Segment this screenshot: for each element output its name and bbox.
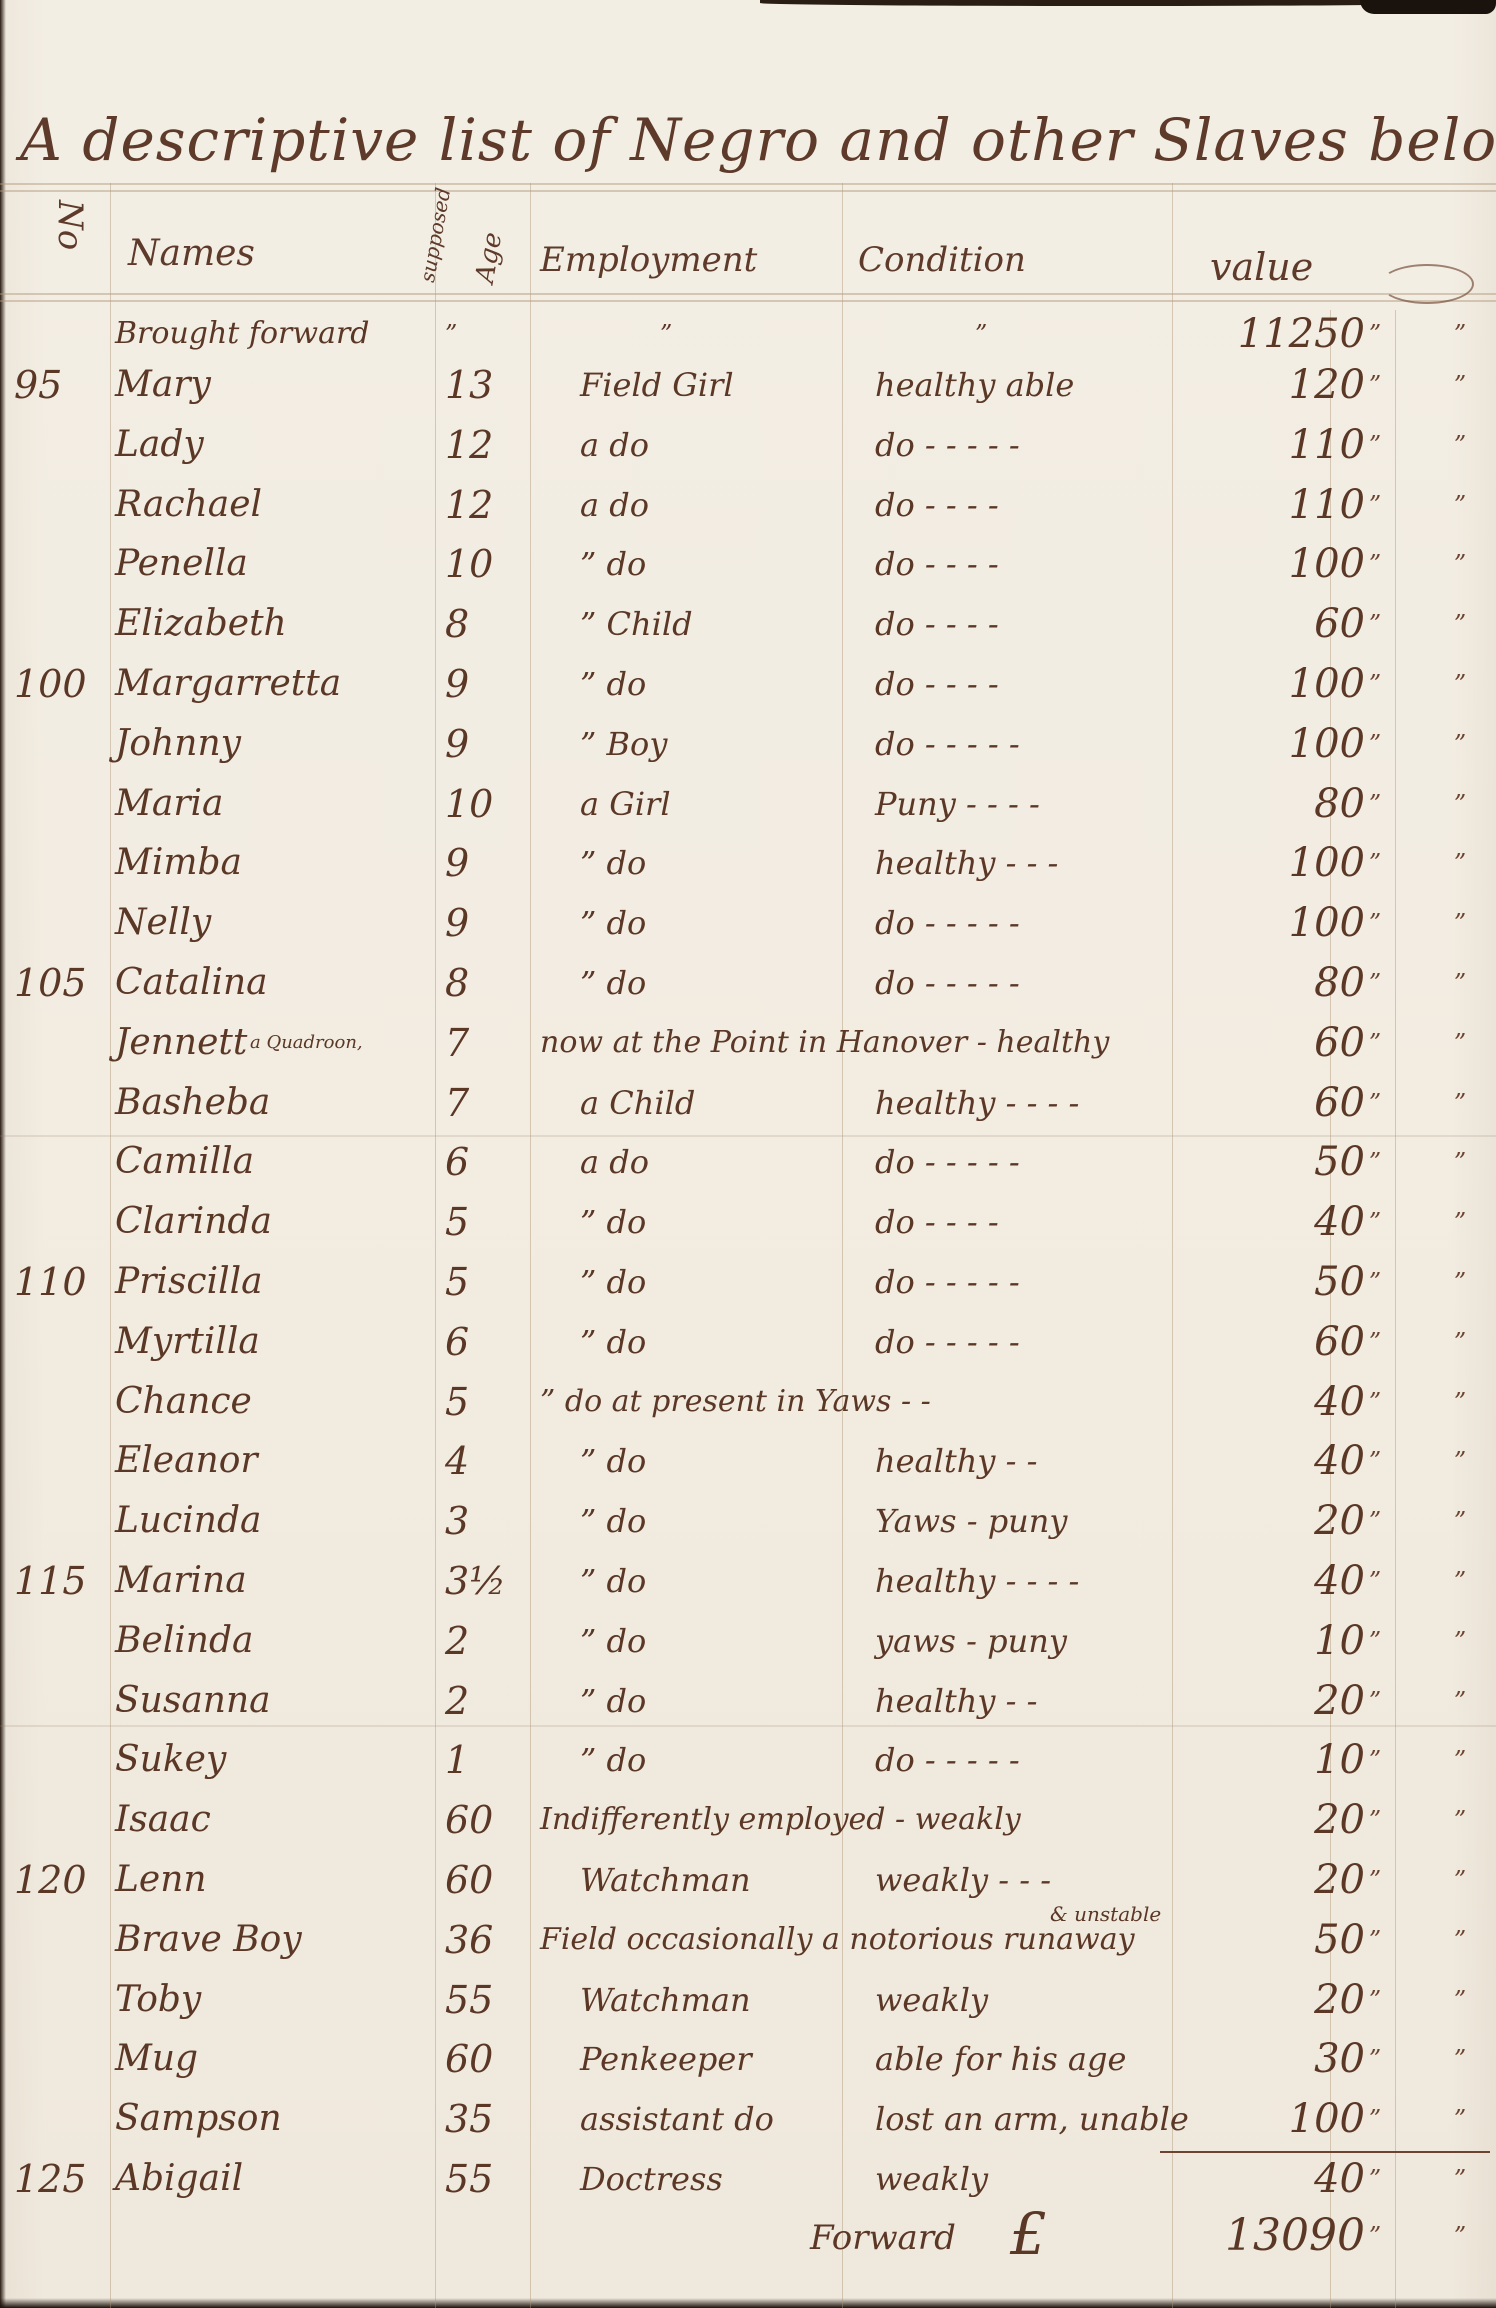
value-shillings: ” — [1355, 1552, 1395, 1610]
slave-name: Sampson — [115, 2090, 445, 2148]
age: 36 — [445, 1911, 535, 1969]
age: 55 — [445, 1971, 535, 2029]
value-pence: ” — [1440, 595, 1480, 653]
row-number: 120 — [14, 1851, 104, 1909]
condition: do - - - - — [855, 595, 1215, 653]
name-note: a Quadroon, — [250, 1014, 363, 1072]
header-rule-bottom — [0, 293, 1496, 295]
page-edge-bottom — [0, 2298, 1496, 2308]
condition: healthy - - - — [855, 834, 1215, 892]
value-pounds: 50 — [1190, 1133, 1365, 1191]
age: 12 — [445, 416, 535, 474]
slave-name: Mimba — [115, 834, 445, 892]
value-pence: ” — [1440, 1193, 1480, 1251]
ledger-row: 110Priscilla5” dodo - - - - -50”” — [0, 1253, 1496, 1311]
value-pounds: 40 — [1190, 1193, 1365, 1251]
value-pence: ” — [1440, 356, 1480, 414]
age: 3 — [445, 1492, 535, 1550]
brought-forward-value: 11250 — [1190, 305, 1365, 363]
page-edge-top-right — [1360, 0, 1496, 14]
value-pence: ” — [1440, 1253, 1480, 1311]
ledger-row: Myrtilla6” dodo - - - - -60”” — [0, 1313, 1496, 1371]
ledger-row: 95Mary13Field Girlhealthy able120”” — [0, 356, 1496, 414]
brought-forward-label: Brought forward — [115, 305, 445, 363]
value-shillings: ” — [1355, 1971, 1395, 2029]
slave-name: Mary — [115, 356, 445, 414]
age: 9 — [445, 655, 535, 713]
value-shillings: ” — [1355, 834, 1395, 892]
header-rule-bottom-double — [0, 300, 1496, 302]
ledger-row: 115Marina3½” dohealthy - - - -40”” — [0, 1552, 1496, 1610]
age: 60 — [445, 1851, 535, 1909]
ledger-row: Rachael12a dodo - - - -110”” — [0, 476, 1496, 534]
value-shillings: ” — [1355, 2030, 1395, 2088]
value-shillings: ” — [1355, 775, 1395, 833]
ledger-row: Mug60Penkeeperable for his age30”” — [0, 2030, 1496, 2088]
age: 8 — [445, 954, 535, 1012]
slave-name: Catalina — [115, 954, 445, 1012]
slave-name: Abigail — [115, 2150, 445, 2208]
ledger-row: Maria10a GirlPuny - - - -80”” — [0, 775, 1496, 833]
age: 2 — [445, 1612, 535, 1670]
slave-name: Sukey — [115, 1731, 445, 1789]
value-shillings: ” — [1355, 2090, 1395, 2148]
brought-forward-shillings: ” — [1355, 305, 1395, 363]
value-pounds: 100 — [1190, 2090, 1365, 2148]
value-shillings: ” — [1355, 595, 1395, 653]
value-pounds: 60 — [1190, 1074, 1365, 1132]
condition: do - - - - - — [855, 1253, 1215, 1311]
age: 1 — [445, 1731, 535, 1789]
row-number: 100 — [14, 655, 104, 713]
document-title: A descriptive list of Negro and other Sl… — [20, 106, 1496, 174]
value-shillings: ” — [1355, 655, 1395, 713]
slave-name: Marina — [115, 1552, 445, 1610]
condition: healthy - - - - — [855, 1552, 1215, 1610]
slave-name: Isaac — [115, 1791, 445, 1849]
slave-name: Susanna — [115, 1672, 445, 1730]
slave-name: Lenn — [115, 1851, 445, 1909]
value-pounds: 120 — [1190, 356, 1365, 414]
value-pounds: 40 — [1190, 1432, 1365, 1490]
value-shillings: ” — [1355, 476, 1395, 534]
age: 60 — [445, 2030, 535, 2088]
forward-shillings: ” — [1355, 2222, 1395, 2250]
value-pounds: 80 — [1190, 775, 1365, 833]
condition: Puny - - - - — [855, 775, 1215, 833]
condition: do - - - - — [855, 655, 1215, 713]
slave-name: Myrtilla — [115, 1313, 445, 1371]
value-pence: ” — [1440, 1791, 1480, 1849]
ledger-row: Basheba7a Childhealthy - - - -60”” — [0, 1074, 1496, 1132]
age: 7 — [445, 1074, 535, 1132]
age: 4 — [445, 1432, 535, 1490]
condition: do - - - - - — [855, 416, 1215, 474]
ledger-row: Camilla6a dodo - - - - -50”” — [0, 1133, 1496, 1191]
slave-name: Belinda — [115, 1612, 445, 1670]
row-number: 115 — [14, 1552, 104, 1610]
value-pounds: 50 — [1190, 1253, 1365, 1311]
value-pence: ” — [1440, 416, 1480, 474]
value-pence: ” — [1440, 954, 1480, 1012]
condition: do - - - - — [855, 476, 1215, 534]
condition: healthy - - — [855, 1672, 1215, 1730]
value-pence: ” — [1440, 834, 1480, 892]
value-pounds: 20 — [1190, 1971, 1365, 2029]
ledger-row: Susanna2” dohealthy - -20”” — [0, 1672, 1496, 1730]
condition: healthy - - - - — [855, 1074, 1215, 1132]
slave-name: Johnny — [115, 715, 445, 773]
age: 9 — [445, 715, 535, 773]
value-pence: ” — [1440, 655, 1480, 713]
slave-name: Rachael — [115, 476, 445, 534]
row-number: 95 — [14, 356, 104, 414]
value-shillings: ” — [1355, 1373, 1395, 1431]
row-number: 105 — [14, 954, 104, 1012]
value-pence: ” — [1440, 1492, 1480, 1550]
condition: do - - - - - — [855, 715, 1215, 773]
value-shillings: ” — [1355, 1492, 1395, 1550]
value-pence: ” — [1440, 476, 1480, 534]
value-shillings: ” — [1355, 535, 1395, 593]
condition: able for his age — [855, 2030, 1215, 2088]
value-pounds: 100 — [1190, 834, 1365, 892]
value-pounds: 100 — [1190, 655, 1365, 713]
slave-name: Toby — [115, 1971, 445, 2029]
value-pounds: 100 — [1190, 535, 1365, 593]
value-pence: ” — [1440, 2150, 1480, 2208]
age: 35 — [445, 2090, 535, 2148]
condition: healthy - - — [855, 1432, 1215, 1490]
value-shillings: ” — [1355, 715, 1395, 773]
age: 8 — [445, 595, 535, 653]
age: 5 — [445, 1193, 535, 1251]
ledger-row: Lady12a dodo - - - - -110”” — [0, 416, 1496, 474]
age: 7 — [445, 1014, 535, 1072]
condition: yaws - puny — [855, 1612, 1215, 1670]
value-shillings: ” — [1355, 2150, 1395, 2208]
age: 13 — [445, 356, 535, 414]
slave-name: Chance — [115, 1373, 445, 1431]
slave-name: Penella — [115, 535, 445, 593]
value-shillings: ” — [1355, 1851, 1395, 1909]
value-pence: ” — [1440, 1851, 1480, 1909]
age: 5 — [445, 1373, 535, 1431]
slave-name: Clarinda — [115, 1193, 445, 1251]
value-shillings: ” — [1355, 1731, 1395, 1789]
slave-name: Priscilla — [115, 1253, 445, 1311]
ledger-row: Chance5” do at present in Yaws - -40”” — [0, 1373, 1496, 1431]
value-pounds: 40 — [1190, 2150, 1365, 2208]
value-pounds: 100 — [1190, 894, 1365, 952]
value-pence: ” — [1440, 1313, 1480, 1371]
forward-total: 13090 — [1190, 2210, 1365, 2261]
employment-condition-combined: ” do at present in Yaws - - — [540, 1373, 1200, 1431]
value-pounds: 20 — [1190, 1791, 1365, 1849]
value-pounds: 40 — [1190, 1373, 1365, 1431]
condition: Yaws - puny — [855, 1492, 1215, 1550]
page-edge-top — [760, 0, 1460, 6]
value-pounds: 20 — [1190, 1672, 1365, 1730]
ledger-row: Brave Boy36Field occasionally a notoriou… — [0, 1911, 1496, 1969]
ledger-row: 120Lenn60Watchmanweakly - - -20”” — [0, 1851, 1496, 1909]
value-shillings: ” — [1355, 894, 1395, 952]
value-pence: ” — [1440, 1133, 1480, 1191]
employment-condition-combined: Indifferently employed - weakly — [540, 1791, 1200, 1849]
value-pounds: 30 — [1190, 2030, 1365, 2088]
slave-name: Margarretta — [115, 655, 445, 713]
value-shillings: ” — [1355, 954, 1395, 1012]
slave-name: Eleanor — [115, 1432, 445, 1490]
age: 6 — [445, 1313, 535, 1371]
value-shillings: ” — [1355, 416, 1395, 474]
header-names: Names — [128, 233, 255, 274]
slave-name: Lucinda — [115, 1492, 445, 1550]
forward-pence: ” — [1440, 2222, 1480, 2250]
ledger-row: Jennetta Quadroon,7now at the Point in H… — [0, 1014, 1496, 1072]
value-pence: ” — [1440, 894, 1480, 952]
ledger-row: Elizabeth8” Childdo - - - -60”” — [0, 595, 1496, 653]
ledger-row: Lucinda3” doYaws - puny20”” — [0, 1492, 1496, 1550]
age: 12 — [445, 476, 535, 534]
value-pence: ” — [1440, 1612, 1480, 1670]
age: 10 — [445, 535, 535, 593]
value-pounds: 60 — [1190, 595, 1365, 653]
age: 9 — [445, 834, 535, 892]
age: 10 — [445, 775, 535, 833]
pound-symbol: £ — [1010, 2200, 1047, 2268]
value-pounds: 50 — [1190, 1911, 1365, 1969]
age: 6 — [445, 1133, 535, 1191]
condition: healthy able — [855, 356, 1215, 414]
value-pounds: 10 — [1190, 1731, 1365, 1789]
ledger-row: Sukey1” dodo - - - - -10”” — [0, 1731, 1496, 1789]
condition: do - - - - - — [855, 894, 1215, 952]
value-pounds: 40 — [1190, 1552, 1365, 1610]
ledger-row: Nelly9” dodo - - - - -100”” — [0, 894, 1496, 952]
value-pence: ” — [1440, 715, 1480, 773]
total-underline — [1160, 2151, 1490, 2153]
value-pounds: 100 — [1190, 715, 1365, 773]
slave-name: Lady — [115, 416, 445, 474]
age: 3½ — [445, 1552, 535, 1610]
value-shillings: ” — [1355, 356, 1395, 414]
header-rule-top-double — [0, 190, 1496, 192]
employment-condition-combined: now at the Point in Hanover - healthy — [540, 1014, 1200, 1072]
header-rule-top — [0, 183, 1496, 185]
ledger-row: Isaac60Indifferently employed - weakly20… — [0, 1791, 1496, 1849]
value-shillings: ” — [1355, 1193, 1395, 1251]
age: 9 — [445, 894, 535, 952]
slave-name: Maria — [115, 775, 445, 833]
age: 55 — [445, 2150, 535, 2208]
value-pounds: 20 — [1190, 1851, 1365, 1909]
value-pounds: 60 — [1190, 1313, 1365, 1371]
forward-label: Forward — [810, 2218, 956, 2258]
value-pence: ” — [1440, 1074, 1480, 1132]
ledger-row: Toby55Watchmanweakly20”” — [0, 1971, 1496, 2029]
header-no: No — [50, 200, 90, 250]
value-pounds: 80 — [1190, 954, 1365, 1012]
age: 2 — [445, 1672, 535, 1730]
brought-forward-pence: ” — [1440, 305, 1480, 363]
value-shillings: ” — [1355, 1133, 1395, 1191]
condition: do - - - - — [855, 535, 1215, 593]
value-pence: ” — [1440, 1971, 1480, 2029]
header-flourish — [1380, 264, 1474, 304]
condition: lost an arm, unable — [855, 2090, 1215, 2148]
value-pence: ” — [1440, 1672, 1480, 1730]
header-value: value — [1210, 245, 1313, 289]
ledger-row: Sampson35assistant dolost an arm, unable… — [0, 2090, 1496, 2148]
value-shillings: ” — [1355, 1672, 1395, 1730]
condition: do - - - - - — [855, 1731, 1215, 1789]
value-shillings: ” — [1355, 1911, 1395, 1969]
header-employment: Employment — [540, 240, 757, 280]
ledger-row: Belinda2” doyaws - puny10”” — [0, 1612, 1496, 1670]
condition: do - - - - — [855, 1193, 1215, 1251]
slave-name: Brave Boy — [115, 1911, 445, 1969]
value-pence: ” — [1440, 1552, 1480, 1610]
brought-forward-row: Brought forward ” ” ” 11250 ” ” — [0, 305, 1496, 363]
value-pence: ” — [1440, 2090, 1480, 2148]
ledger-row: Clarinda5” dodo - - - -40”” — [0, 1193, 1496, 1251]
value-pence: ” — [1440, 1432, 1480, 1490]
value-pence: ” — [1440, 775, 1480, 833]
slave-name: Camilla — [115, 1133, 445, 1191]
value-shillings: ” — [1355, 1014, 1395, 1072]
value-pounds: 10 — [1190, 1612, 1365, 1670]
value-pence: ” — [1440, 1731, 1480, 1789]
value-pence: ” — [1440, 2030, 1480, 2088]
row-number: 125 — [14, 2150, 104, 2208]
age: 5 — [445, 1253, 535, 1311]
value-shillings: ” — [1355, 1612, 1395, 1670]
ledger-row: Penella10” dodo - - - -100”” — [0, 535, 1496, 593]
condition: do - - - - - — [855, 1313, 1215, 1371]
condition: do - - - - - — [855, 954, 1215, 1012]
condition: weakly — [855, 1971, 1215, 2029]
slave-name: Elizabeth — [115, 595, 445, 653]
value-pence: ” — [1440, 1911, 1480, 1969]
value-shillings: ” — [1355, 1313, 1395, 1371]
value-pounds: 110 — [1190, 416, 1365, 474]
brought-forward-age: ” — [445, 305, 535, 363]
value-pence: ” — [1440, 1373, 1480, 1431]
header-condition: Condition — [858, 240, 1026, 280]
value-pounds: 60 — [1190, 1014, 1365, 1072]
value-shillings: ” — [1355, 1791, 1395, 1849]
value-pounds: 110 — [1190, 476, 1365, 534]
ledger-row: Johnny9” Boydo - - - - -100”” — [0, 715, 1496, 773]
ledger-row: Mimba9” dohealthy - - -100”” — [0, 834, 1496, 892]
value-pounds: 20 — [1190, 1492, 1365, 1550]
row-number: 110 — [14, 1253, 104, 1311]
ledger-row: 125Abigail55Doctressweakly40”” — [0, 2150, 1496, 2208]
value-shillings: ” — [1355, 1432, 1395, 1490]
value-shillings: ” — [1355, 1253, 1395, 1311]
slave-name: Mug — [115, 2030, 445, 2088]
condition-note: & unstable — [1050, 1885, 1161, 1943]
age: 60 — [445, 1791, 535, 1849]
slave-name: Basheba — [115, 1074, 445, 1132]
value-pence: ” — [1440, 535, 1480, 593]
ledger-row: 100Margarretta9” dodo - - - -100”” — [0, 655, 1496, 713]
value-pence: ” — [1440, 1014, 1480, 1072]
ledger-row: Eleanor4” dohealthy - -40”” — [0, 1432, 1496, 1490]
value-shillings: ” — [1355, 1074, 1395, 1132]
ledger-row: 105Catalina8” dodo - - - - -80”” — [0, 954, 1496, 1012]
condition: do - - - - - — [855, 1133, 1215, 1191]
slave-name: Nelly — [115, 894, 445, 952]
